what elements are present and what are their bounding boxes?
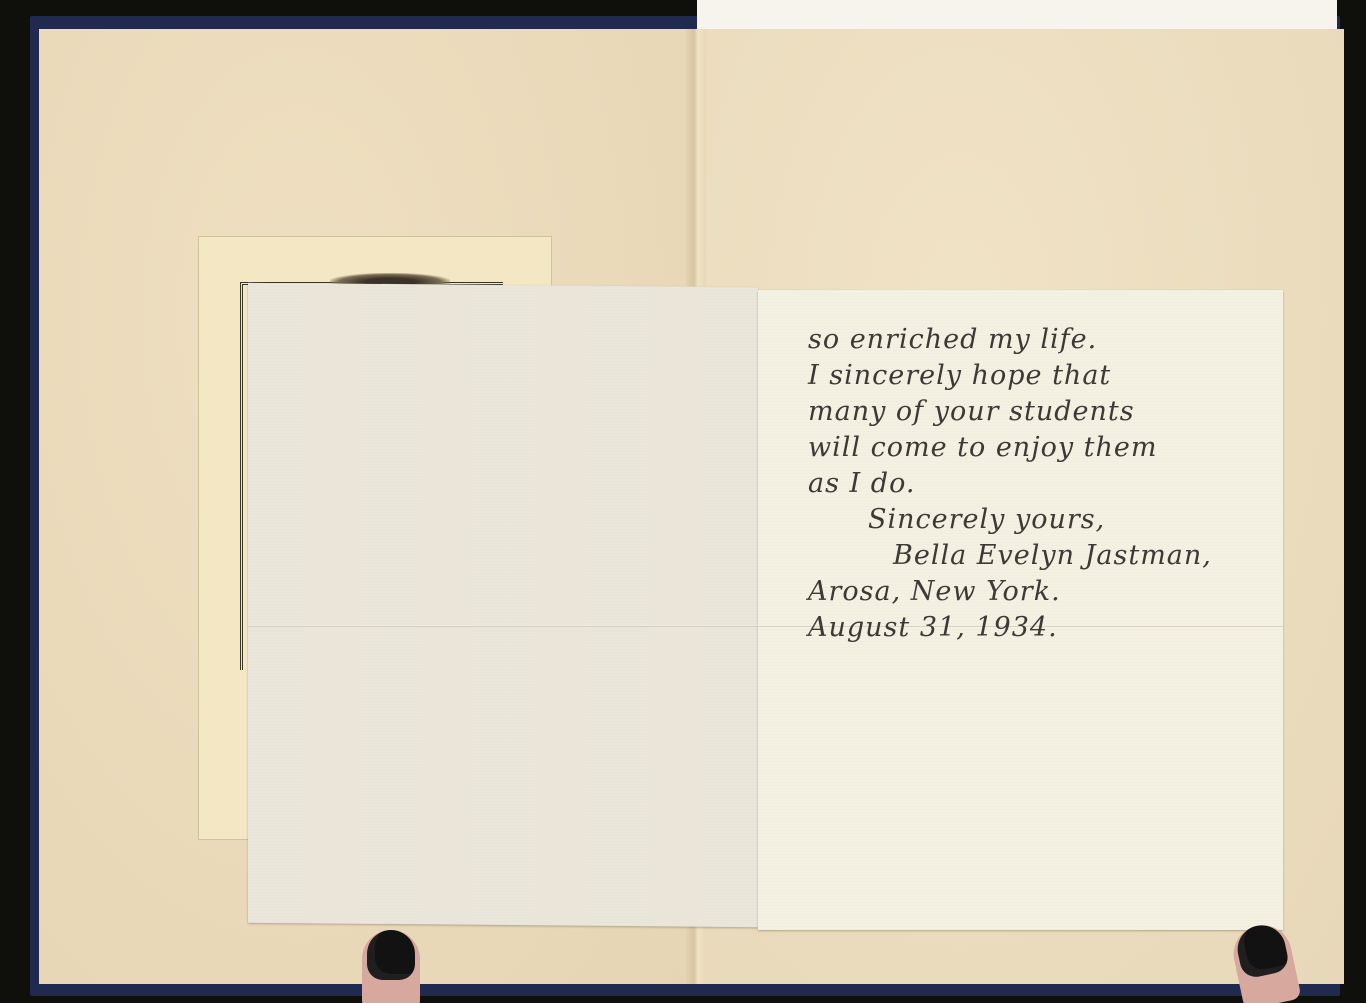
letter-line: many of your students: [808, 394, 1268, 430]
left-fingertip-icon: [362, 930, 420, 1003]
letter-date: August 31, 1934.: [808, 610, 1268, 646]
paper-slip: [697, 0, 1337, 30]
handwritten-letter-text: so enriched my life. I sincerely hope th…: [808, 322, 1268, 646]
letter-left-leaf: [248, 283, 758, 927]
letter-line: so enriched my life.: [808, 322, 1268, 358]
letter-place: Arosa, New York.: [808, 574, 1268, 610]
letter-signature: Bella Evelyn Jastman,: [808, 538, 1268, 574]
letter-line: I sincerely hope that: [808, 358, 1268, 394]
letter-line: as I do.: [808, 466, 1268, 502]
black-nail-icon: [367, 930, 415, 980]
letter-line: will come to enjoy them: [808, 430, 1268, 466]
letter-closing: Sincerely yours,: [808, 502, 1268, 538]
